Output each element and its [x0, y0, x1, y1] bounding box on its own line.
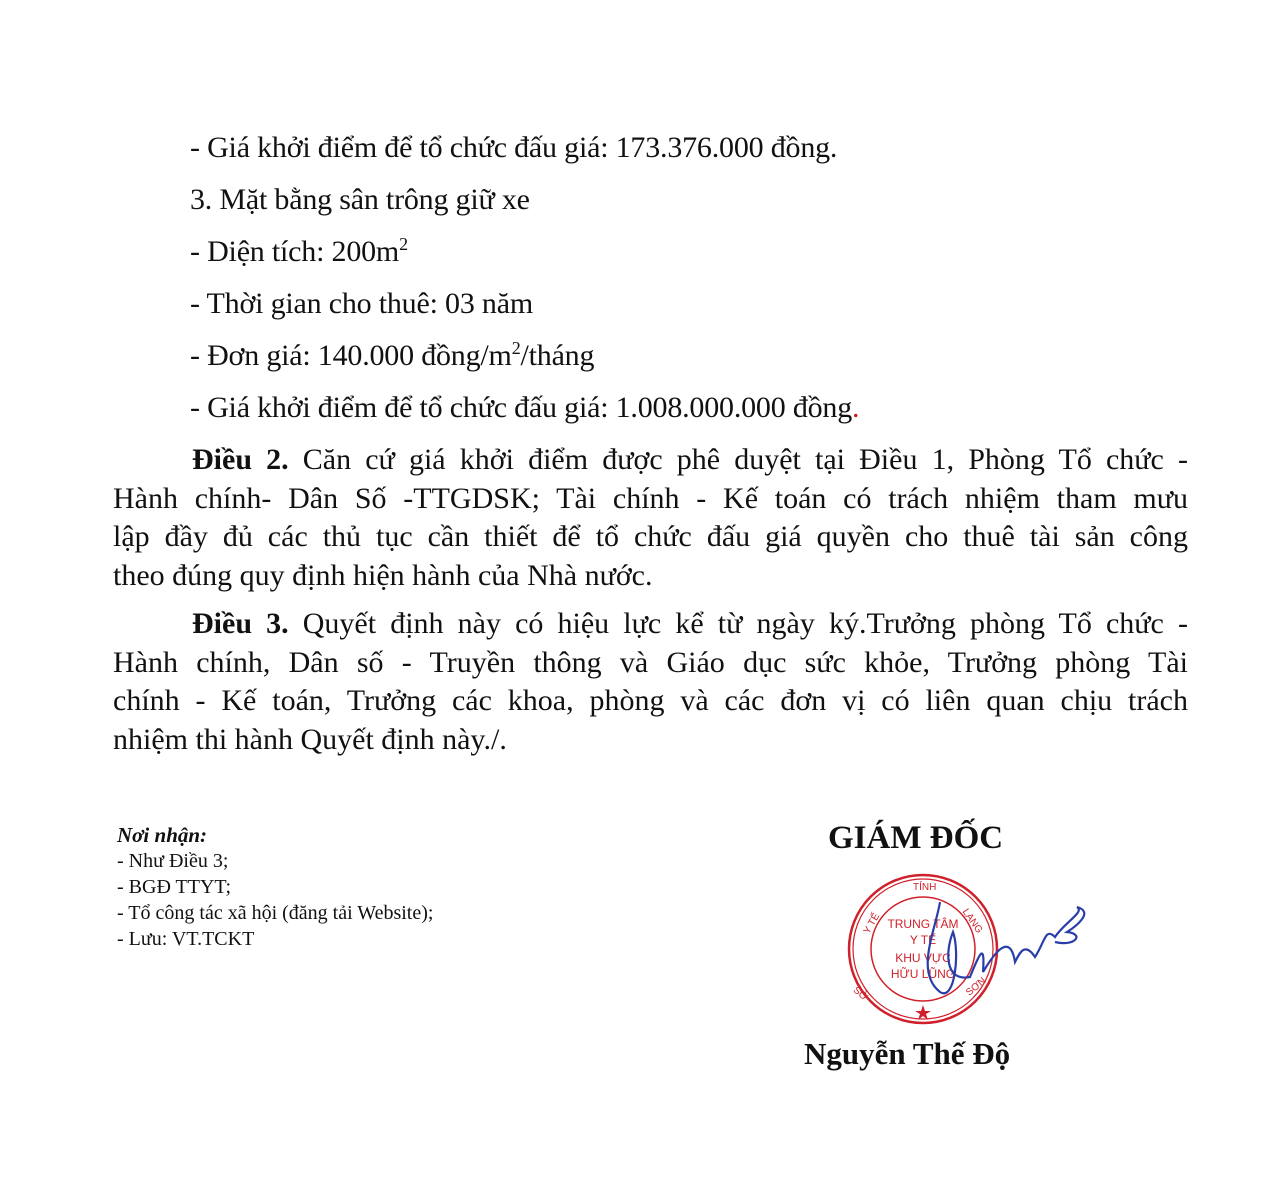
- unit-price-item3: - Đơn giá: 140.000 đồng/m2/tháng: [190, 338, 594, 374]
- area-item3: - Diện tích: 200m2: [190, 234, 408, 270]
- area-sup: 2: [399, 234, 408, 254]
- lease-term-item3: - Thời gian cho thuê: 03 năm: [190, 286, 533, 322]
- signer-name: Nguyễn Thế Độ: [804, 1036, 1010, 1072]
- article-2-line-1: Điều 2. Căn cứ giá khởi điểm được phê du…: [113, 441, 1188, 480]
- seal-top-text: TỈNH: [913, 880, 936, 893]
- recipient-item: - BGĐ TTYT;: [117, 874, 433, 900]
- unit-price-sup: 2: [512, 338, 521, 358]
- recipients-block: Nơi nhận: - Như Điều 3; - BGĐ TTYT; - Tổ…: [117, 822, 433, 952]
- recipients-title: Nơi nhận:: [117, 822, 433, 848]
- seal-inner-line: KHU VỰC: [895, 951, 951, 965]
- article-2-line-4: theo đúng quy định hiện hành của Nhà nướ…: [113, 557, 1188, 596]
- seal-inner-line: HỮU LŨNG: [891, 966, 955, 981]
- official-seal-icon: TỈNH Y TẾ LẠNG SỞ SƠN TRUNG TÂM Y TẾ KHU…: [845, 872, 1145, 1032]
- seal-left-text: Y TẾ: [860, 910, 882, 936]
- article-3-line-1: Điều 3. Quyết định này có hiệu lực kể từ…: [113, 605, 1188, 644]
- article-3-line-2: Hành chính, Dân số - Truyền thông và Giá…: [113, 644, 1188, 683]
- item3-title: 3. Mặt bằng sân trông giữ xe: [190, 182, 530, 218]
- article-2-heading: Điều 2.: [192, 443, 289, 476]
- article-3-line-3: chính - Kế toán, Trưởng các khoa, phòng …: [113, 682, 1188, 721]
- article-2-line-3: lập đầy đủ các thủ tục cần thiết để tổ c…: [113, 518, 1188, 557]
- unit-price-prefix: - Đơn giá: 140.000 đồng/m: [190, 339, 512, 372]
- start-price-item2: - Giá khởi điểm để tổ chức đấu giá: 173.…: [190, 130, 837, 166]
- article-2-line-2: Hành chính- Dân Số -TTGDSK; Tài chính - …: [113, 480, 1188, 519]
- signer-title: GIÁM ĐỐC: [828, 820, 1003, 857]
- article-3-text-1: Quyết định này có hiệu lực kể từ ngày ký…: [289, 607, 1188, 640]
- start-price-item3-text: - Giá khởi điểm để tổ chức đấu giá: 1.00…: [190, 391, 852, 424]
- start-price-item3-end: .: [852, 391, 859, 424]
- recipient-item: - Như Điều 3;: [117, 848, 433, 874]
- seal-inner-line: TRUNG TÂM: [887, 916, 958, 931]
- unit-price-suffix: /tháng: [521, 339, 595, 372]
- article-3: Điều 3. Quyết định này có hiệu lực kể từ…: [113, 605, 1188, 759]
- article-3-heading: Điều 3.: [192, 607, 289, 640]
- area-text: - Diện tích: 200m: [190, 235, 399, 268]
- start-price-item3: - Giá khởi điểm để tổ chức đấu giá: 1.00…: [190, 390, 859, 426]
- recipient-item: - Lưu: VT.TCKT: [117, 926, 433, 952]
- article-2-text-1: Căn cứ giá khởi điểm được phê duyệt tại …: [289, 443, 1188, 476]
- article-3-line-4: nhiệm thi hành Quyết định này./.: [113, 721, 1188, 760]
- recipient-item: - Tổ công tác xã hội (đăng tải Website);: [117, 900, 433, 926]
- article-2: Điều 2. Căn cứ giá khởi điểm được phê du…: [113, 441, 1188, 595]
